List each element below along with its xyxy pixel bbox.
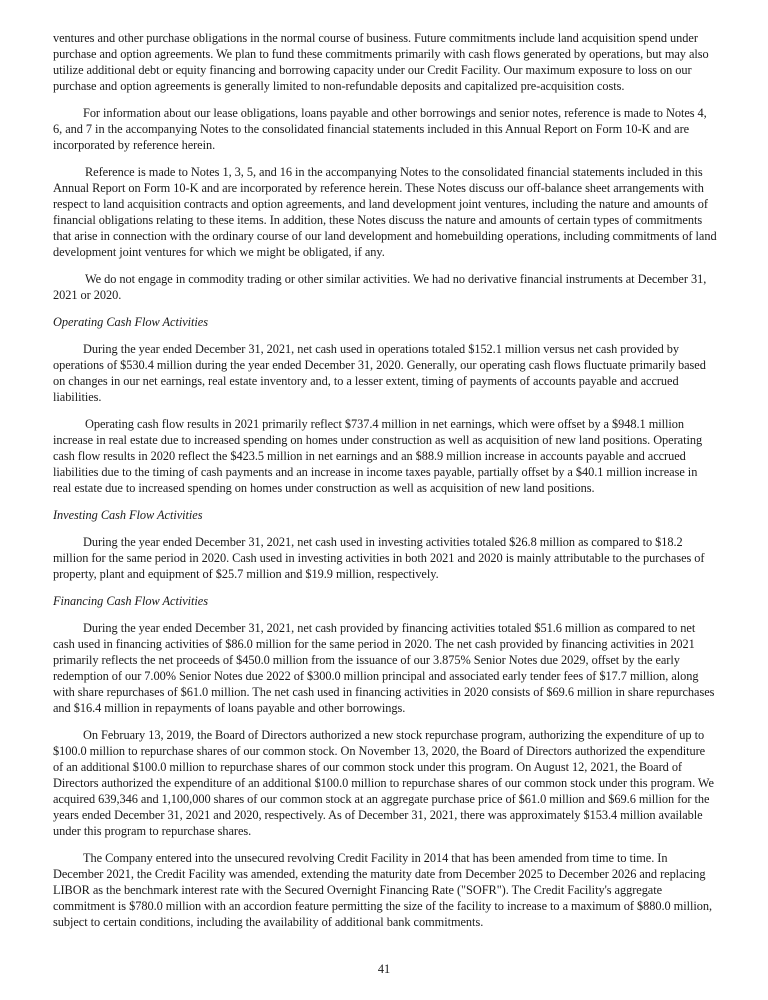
paragraph-operating-cash-flow-detail: Operating cash flow results in 2021 prim…	[53, 416, 717, 496]
paragraph-derivatives: We do not engage in commodity trading or…	[53, 271, 717, 303]
section-heading-financing-cash-flow: Financing Cash Flow Activities	[53, 593, 717, 609]
page-number: 41	[0, 962, 768, 977]
paragraph-purchase-obligations: ventures and other purchase obligations …	[53, 30, 717, 94]
paragraph-stock-repurchase: On February 13, 2019, the Board of Direc…	[53, 727, 717, 839]
paragraph-credit-facility: The Company entered into the unsecured r…	[53, 850, 717, 930]
section-heading-investing-cash-flow: Investing Cash Flow Activities	[53, 507, 717, 523]
section-heading-operating-cash-flow: Operating Cash Flow Activities	[53, 314, 717, 330]
paragraph-operating-cash-flow-summary: During the year ended December 31, 2021,…	[53, 341, 717, 405]
paragraph-off-balance-sheet: Reference is made to Notes 1, 3, 5, and …	[53, 164, 717, 260]
paragraph-financing-cash-flow: During the year ended December 31, 2021,…	[53, 620, 717, 716]
paragraph-lease-obligations: For information about our lease obligati…	[53, 105, 717, 153]
paragraph-investing-cash-flow: During the year ended December 31, 2021,…	[53, 534, 717, 582]
document-page: ventures and other purchase obligations …	[53, 30, 717, 941]
